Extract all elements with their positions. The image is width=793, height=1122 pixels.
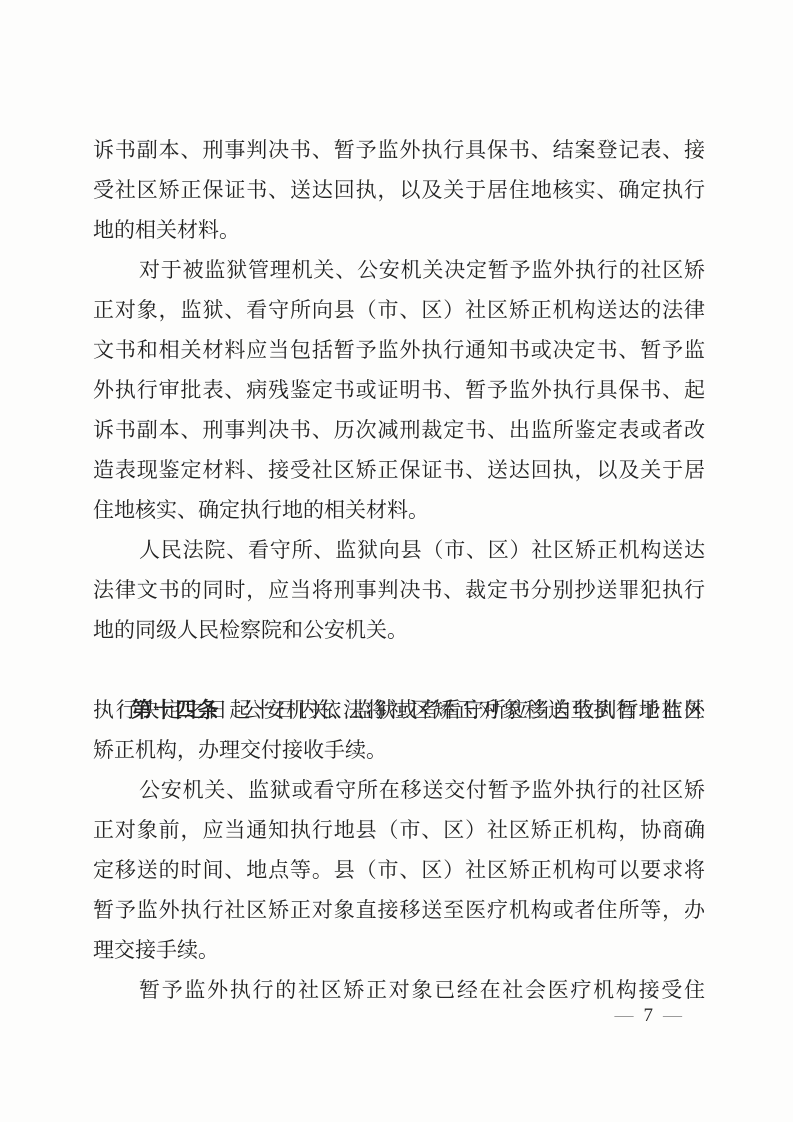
text-line: 正对象前，应当通知执行地县（市、区）社区矫正机构，协商确	[93, 810, 705, 850]
footer-right-dash: —	[663, 1005, 682, 1026]
text-line: 定移送的时间、地点等。县（市、区）社区矫正机构可以要求将	[93, 850, 705, 890]
text-line: 地的同级人民检察院和公安机关。	[93, 610, 705, 650]
text-line: 公安机关、监狱或看守所在移送交付暂予监外执行的社区矫	[93, 770, 705, 810]
text-line: 矫正机构，办理交付接收手续。	[93, 730, 705, 770]
text-line: 受社区矫正保证书、送达回执，以及关于居住地核实、确定执行	[93, 170, 705, 210]
text-line: 诉书副本、刑事判决书、历次减刑裁定书、出监所鉴定表或者改	[93, 410, 705, 450]
text-line: 造表现鉴定材料、接受社区矫正保证书、送达回执，以及关于居	[93, 450, 705, 490]
text-line: 暂予监外执行社区矫正对象直接移送至医疗机构或者住所等，办	[93, 890, 705, 930]
page-number-footer: —7—	[0, 1001, 682, 1031]
text-line: 外执行审批表、病残鉴定书或证明书、暂予监外执行具保书、起	[93, 370, 705, 410]
text-line: 诉书副本、刑事判决书、暂予监外执行具保书、结案登记表、接	[93, 130, 705, 170]
text-line-article-14: 第十四条 公安机关、监狱或者看守所应当自收到暂予监外	[93, 650, 705, 690]
text-line: 对于被监狱管理机关、公安机关决定暂予监外执行的社区矫	[93, 250, 705, 290]
text-line: 理交接手续。	[93, 930, 705, 970]
document-page: 诉书副本、刑事判决书、暂予监外执行具保书、结案登记表、接 受社区矫正保证书、送达…	[0, 0, 793, 1122]
text-line: 地的相关材料。	[93, 210, 705, 250]
body-text: 诉书副本、刑事判决书、暂予监外执行具保书、结案登记表、接 受社区矫正保证书、送达…	[93, 130, 705, 1010]
text-line: 文书和相关材料应当包括暂予监外执行通知书或决定书、暂予监	[93, 330, 705, 370]
page-number: 7	[644, 1005, 654, 1026]
text-line: 正对象，监狱、看守所向县（市、区）社区矫正机构送达的法律	[93, 290, 705, 330]
footer-left-dash: —	[615, 1005, 634, 1026]
text-line: 住地核实、确定执行地的相关材料。	[93, 490, 705, 530]
text-line: 人民法院、看守所、监狱向县（市、区）社区矫正机构送达	[93, 530, 705, 570]
text-line: 法律文书的同时，应当将刑事判决书、裁定书分别抄送罪犯执行	[93, 570, 705, 610]
text-line: 执行决定之日起十日内依法将社区矫正对象移送至执行地社区	[93, 690, 705, 730]
